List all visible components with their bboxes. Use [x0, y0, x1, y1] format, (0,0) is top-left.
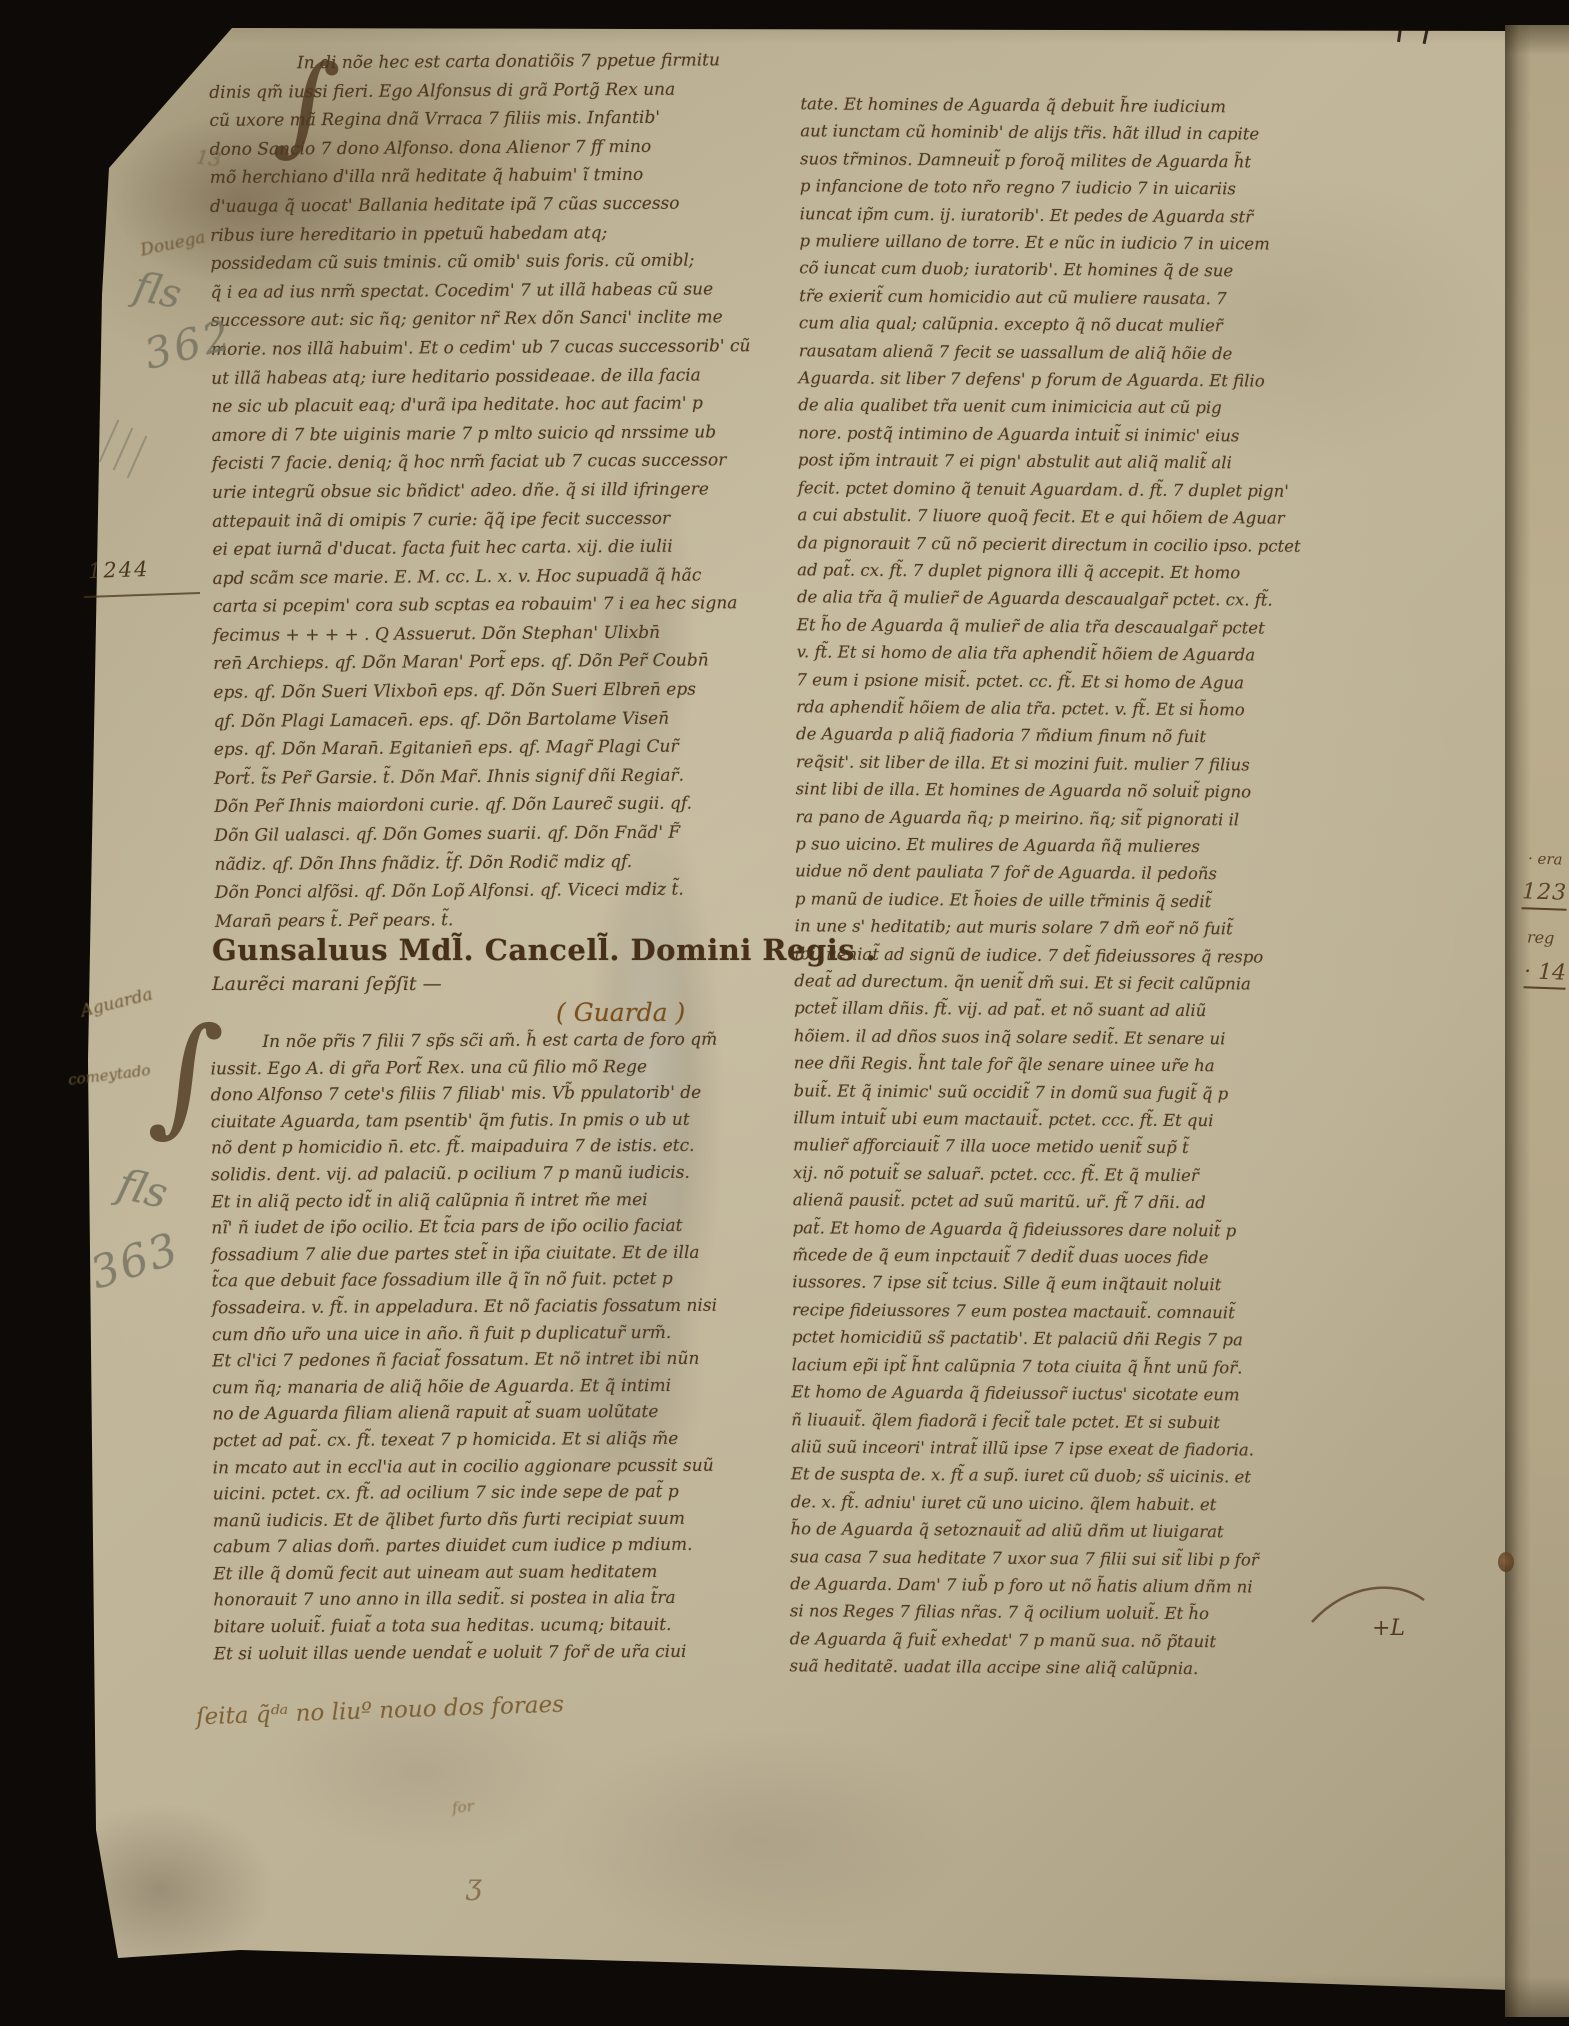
manuscript-line: qf. Dõn Plagi Lamacen̄. eps. qf. Dõn Bar…: [214, 704, 754, 736]
manuscript-line: possidedam cũ suis tminis. cũ omib' suis…: [210, 246, 750, 278]
manuscript-line: Et cl'ici 7 pedones ñ faciat̃ fossatum. …: [212, 1346, 719, 1375]
manuscript-line: post ip̃m intrauit 7 ei pign' abstulit a…: [798, 447, 1301, 478]
chancellor-line: Gunsaluus Mdl̃. Cancell̃. Domini Regis .: [212, 933, 876, 967]
right-column: tate. Et homines de Aguarda q̃ debuit h̃…: [789, 90, 1303, 1683]
faint-word-for: for: [451, 1797, 475, 1817]
manuscript-line: eps. qf. Dõn Sueri Vlixbon̄ eps. qf. Dõn…: [213, 675, 753, 707]
manuscript-line: ad pat̃. cx. ft̃. 7 duplet pignora illi …: [797, 556, 1300, 587]
manuscript-line: Et homo de Aguarda q̃ fideiussor̃ iuctus…: [791, 1378, 1294, 1409]
manuscript-line: iussores. 7 ipse sit̃ tcius. Sille q̃ eu…: [792, 1269, 1295, 1300]
rubric-guarda: ( Guarda ): [556, 998, 685, 1027]
manuscript-line: nãdiz. qf. Dõn Ihns fnãdiz. t̃f. Dõn Rod…: [215, 847, 755, 879]
manuscript-line: rausatam alienã 7 fecit se uassallum de …: [799, 337, 1302, 368]
manuscript-line: uicini. pctet. cx. ft̃. ad ocilium 7 sic…: [213, 1479, 720, 1508]
manuscript-line: amore di 7 bte uiginis marie 7 p mlto su…: [212, 418, 752, 450]
manuscript-line: suã heditatẽ. uadat illa accipe sine ali…: [789, 1652, 1292, 1683]
manuscript-line: sua casa 7 sua heditate 7 uxor sua 7 fil…: [790, 1543, 1293, 1574]
manuscript-line: buit̃. Et q̃ inimic' suũ occidit̃ 7 in d…: [793, 1077, 1296, 1108]
manuscript-line: attepauit inã di omipis 7 curie: q̃q̃ ip…: [212, 504, 752, 536]
manuscript-line: iuncat ip̃m cum. ij. iuratorib'. Et pede…: [800, 200, 1303, 231]
manuscript-line: dono Sancio 7 dono Alfonso. dona Alienor…: [210, 132, 750, 164]
manuscript-line: manũ iudicis. Et de q̃libet furto dñs fu…: [213, 1505, 720, 1534]
manuscript-line: Dõn Ponci alfõsi. qf. Dõn Lop̃ Alfonsi. …: [215, 875, 755, 907]
manuscript-line: ciuitate Aguarda, tam psentib' q̃m futis…: [211, 1106, 718, 1135]
manuscript-line: urie integrũ obsue sic bñdict' adeo. dñe…: [212, 475, 752, 507]
manuscript-line: Dõn Gil ualasci. qf. Dõn Gomes suarii. q…: [214, 818, 754, 850]
manuscript-line: nĩ' ñ iudet de ip̃o ocilio. Et t̃cia par…: [211, 1213, 718, 1242]
manuscript-line: In nõe pr̃is 7 filii 7 sp̃s sc̃i am̃. h̃…: [210, 1027, 717, 1056]
scribe-line: Laurẽci marani ſep̃ſit —: [212, 973, 876, 995]
manuscript-line: de Aguarda. Dam' 7 iub̃ p foro ut nõ h̃a…: [790, 1570, 1293, 1601]
margin-note-13: 13: [194, 144, 223, 171]
manuscript-line: illum intuit̃ ubi eum mactauit̃. pctet. …: [793, 1104, 1296, 1135]
left-column-charter1: In di nõe hec est carta donatiõis 7 ppet…: [209, 46, 755, 936]
manuscript-line: fossadeira. v. ft̃. in appeladura. Et nõ…: [212, 1293, 719, 1322]
manuscript-line: cũ uxore mã Regina dnã Vrraca 7 filiis m…: [209, 103, 749, 135]
manuscript-line: apd scãm sce marie. E. M. cc. L. x. v. H…: [213, 561, 753, 593]
manuscript-line: hõiem. il ad dños suos inq̃ solare sedit…: [794, 1022, 1297, 1053]
manuscript-line: ei epat iurnã d'ducat. facta fuit hec ca…: [212, 532, 752, 564]
manuscript-line: rda aphendit̃ hõiem de alia tr̃a. pctet.…: [796, 693, 1299, 724]
manuscript-line: solidis. dent. vij. ad palaciũ. p ociliu…: [211, 1160, 718, 1189]
manuscript-line: cabum 7 alias dom̃. partes diuidet cum i…: [213, 1532, 720, 1561]
manuscript-line: no de Aguarda filiam alienã rapuit at̃ s…: [212, 1399, 719, 1428]
pencil-foliation-fls: fls: [130, 264, 186, 319]
manuscript-line: Et in aliq̃ pecto idt̃ in aliq̃ calũpnia…: [211, 1186, 718, 1215]
manuscript-line: Port̃. t̃s Per̃ Garsie. t̃. Dõn Mar̃. Ih…: [214, 761, 754, 793]
manuscript-line: ne sic ub placuit eaq; d'urã ipa heditat…: [211, 389, 751, 421]
manuscript-line: p infancione de toto nr̃o regno 7 iudici…: [800, 172, 1303, 203]
manuscript-line: suos tr̃minos. Damneuit̃ p foroq̃ milite…: [800, 145, 1303, 176]
manuscript-line: Aguarda. sit liber 7 defens' p forum de …: [798, 364, 1301, 395]
manuscript-line: cum dño ur̃o una uice in año. ñ fuit p d…: [212, 1319, 719, 1348]
manuscript-line: req̃sit'. sit liber de illa. Et si mozin…: [796, 748, 1299, 779]
manuscript-line: pat̃. Et homo de Aguarda q̃ fideiussores…: [793, 1214, 1296, 1245]
manuscript-line: nee dñi Regis. h̃nt tale for̃ q̃le senar…: [794, 1049, 1297, 1080]
manuscript-line: sint libi de illa. Et homines de Aguarda…: [796, 775, 1299, 806]
manuscript-line: ra pano de Aguarda ñq; p meirino. ñq; si…: [795, 803, 1298, 834]
manuscript-line: m̃cede de q̃ eum inpctauit̃ 7 dedit̃ dua…: [792, 1241, 1295, 1272]
manuscript-line: Et si uoluit illas uende uendat̃ e uolui…: [214, 1638, 721, 1667]
manuscript-line: mõ herchiano d'illa nrã heditate q̃ habu…: [210, 160, 750, 192]
adjacent-page-edge: [1505, 25, 1569, 2017]
manuscript-line: p manũ de iudice. Et h̃oies de uille tr̃…: [795, 885, 1298, 916]
manuscript-line: Et de suspta de. x. ft̃ a sup̃. iuret cũ…: [791, 1461, 1294, 1492]
manuscript-line: in une s' heditatib; aut muris solare 7 …: [795, 912, 1298, 943]
manuscript-line: mulier̃ afforciauit̃ 7 illa uoce metido …: [793, 1132, 1296, 1163]
manuscript-line: fecit. pctet domino q̃ tenuit Aguardam. …: [798, 474, 1301, 505]
manuscript-line: ñ liuauit̃. q̃lem fiadorã i fecit̃ tale …: [791, 1406, 1294, 1437]
manuscript-line: fecisti 7 facie. deniq; q̃ hoc nrm̃ faci…: [212, 446, 752, 478]
edge-note-123: 123: [1521, 879, 1567, 911]
margin-note-year-1244: 1244: [88, 557, 150, 583]
manuscript-line: p suo uicino. Et mulires de Aguarda ñq̃ …: [795, 830, 1298, 861]
manuscript-line: dinis qm̃ iussi fieri. Ego Alfonsus di g…: [209, 75, 749, 107]
manuscript-line: q̃ i ea ad ius nrm̃ spectat. Cocedim' 7 …: [211, 275, 751, 307]
edge-note-era: · era: [1528, 849, 1563, 868]
manuscript-line: cõ iuncat cum duob; iuratorib'. Et homin…: [799, 255, 1302, 286]
manuscript-line: ren̄ Archieps. qf. Dõn Maran' Port̃ eps.…: [213, 647, 753, 679]
manuscript-line: fecimus + + + + . Q Assuerut. Dõn Stepha…: [213, 618, 753, 650]
manuscript-line: aliũ suũ inceori' intrat̃ illũ ipse 7 ip…: [791, 1433, 1294, 1464]
manuscript-line: recipe fideiussores 7 eum postea mactaui…: [792, 1296, 1295, 1327]
manuscript-line: pctet ad pat̃. cx. ft̃. texeat 7 p homic…: [212, 1426, 719, 1455]
manuscript-line: pctet homicidiũ ss̃ pactatib'. Et palaci…: [792, 1324, 1295, 1355]
manuscript-line: de Aguarda q̃ fuit̃ exhedat' 7 p manũ su…: [790, 1625, 1293, 1656]
manuscript-line: lacium ep̃i ipt̃ h̃nt calũpnia 7 tota ci…: [792, 1351, 1295, 1382]
manuscript-line: de. x. ft̃. adniu' iuret cũ uno uicino. …: [791, 1488, 1294, 1519]
manuscript-line: eps. qf. Dõn Maran̄. Egitanien̄ eps. qf.…: [214, 732, 754, 764]
manuscript-line: uidue nõ dent pauliata 7 for̃ de Aguarda…: [795, 858, 1298, 889]
manuscript-line: ut illã habeas atq; iure heditario possi…: [211, 361, 751, 393]
manuscript-line: nore. postq̃ intimino de Aguarda intuit̃…: [798, 419, 1301, 450]
manuscript-line: ribus iure hereditario in ppetuũ habedam…: [210, 218, 750, 250]
edge-note-reg: reg: [1527, 928, 1555, 948]
manuscript-line: Dõn Per̃ Ihnis maiordoni curie. qf. Dõn …: [214, 790, 754, 822]
manuscript-line: t̃ca que debuit face fossadium ille q̃ ĩ…: [212, 1266, 719, 1295]
manuscript-line: Maran̄ pears t̃. Per̃ pears. t̃.: [215, 904, 755, 936]
margin-cross-mark: +L: [1372, 1616, 1405, 1641]
manuscript-line: h̃o de Aguarda q̃ setoznauit̃ ad aliũ dñ…: [790, 1515, 1293, 1546]
manuscript-line: tate. Et homines de Aguarda q̃ debuit h̃…: [800, 90, 1303, 121]
manuscript-line: cum alia qual; calũpnia. excepto q̃ nõ d…: [799, 310, 1302, 341]
manuscript-line: successore aut: sic ñq; genitor nr̃ Rex …: [211, 303, 751, 335]
manuscript-line: de alia qualibet tr̃a uenit cum inimicic…: [798, 392, 1301, 423]
manuscript-line: cum ñq; manaria de aliq̃ hõie de Aguarda…: [212, 1372, 719, 1401]
manuscript-line: d'uauga q̃ uocat' Ballania heditate ipã …: [210, 189, 750, 221]
manuscript-line: de Aguarda p aliq̃ fiadoria 7 m̃dium fin…: [796, 721, 1299, 752]
manuscript-line: aut iunctam cũ hominib' de alijs tr̃is. …: [800, 118, 1303, 149]
manuscript-line: pctet̃ illam dñis. ft̃. vij. ad pat̃. et…: [794, 995, 1297, 1026]
manuscript-line: 7 eum i psione misit̃. pctet. cc. ft̃. E…: [796, 666, 1299, 697]
margin-flourish-curve: [1306, 1576, 1436, 1636]
manuscript-line: ibi. ueniat̃ ad signũ de iudice. 7 det̃ …: [794, 940, 1297, 971]
manuscript-line: Et h̃o de Aguarda q̃ mulier̃ de alia tr̃…: [797, 611, 1300, 642]
manuscript-line: da pignorauit 7 cũ nõ pecierit directum …: [797, 529, 1300, 560]
manuscript-line: alienã pausit̃. pctet ad suũ maritũ. ur̃…: [793, 1186, 1296, 1217]
manuscript-line: a cui abstulit. 7 liuore quoq̃ fecit. Et…: [797, 501, 1300, 532]
manuscript-line: de alia tr̃a q̃ mulier̃ de Aguarda desca…: [797, 584, 1300, 615]
manuscript-line: v. ft̃. Et si homo de alia tr̃a aphendit…: [797, 638, 1300, 669]
edge-note-14: · 14: [1524, 959, 1567, 989]
manuscript-photo: { "photo": { "background_color": "#0d0a0…: [0, 0, 1569, 2026]
manuscript-line: deat̃ ad durectum. q̃n uenit̃ dm̃ sui. E…: [794, 967, 1297, 998]
manuscript-line: si nos Reges 7 filias nr̃as. 7 q̃ ociliu…: [790, 1598, 1293, 1629]
manuscript-line: xij. nõ potuit̃ se saluar̃. pctet. ccc. …: [793, 1159, 1296, 1190]
manuscript-line: honorauit 7 uno anno in illa sedit̃. si …: [213, 1585, 720, 1614]
manuscript-line: nõ dent p homicidio n̄. etc. ft̃. maipad…: [211, 1133, 718, 1162]
manuscript-line: dono Alfonso 7 cete's filiis 7 filiab' m…: [211, 1080, 718, 1109]
manuscript-line: iussit. Ego A. di gr̃a Port̃ Rex. una cũ…: [210, 1053, 717, 1082]
manuscript-line: Et ille q̃ domũ fecit aut uineam aut sua…: [213, 1559, 720, 1588]
binding-knot: [1498, 1552, 1514, 1572]
left-column-charter2: In nõe pr̃is 7 filii 7 sp̃s sc̃i am̃. h̃…: [210, 1027, 720, 1668]
manuscript-line: in mcato aut in eccl'ia aut in cocilio a…: [213, 1452, 720, 1481]
faint-flourish: ʒ: [466, 1868, 482, 1901]
manuscript-line: fossadium 7 alie due partes stet̃ in ip̃…: [211, 1239, 718, 1268]
chancery-heading-block: Gunsaluus Mdl̃. Cancell̃. Domini Regis .…: [212, 933, 876, 995]
manuscript-line: bitare uoluit̃. fuiat̃ a tota sua hedita…: [213, 1612, 720, 1641]
manuscript-line: carta si pcepim' cora sub scptas ea roba…: [213, 589, 753, 621]
manuscript-line: In di nõe hec est carta donatiõis 7 ppet…: [209, 46, 749, 78]
manuscript-line: morie. nos illã habuim'. Et o cedim' ub …: [211, 332, 751, 364]
manuscript-line: p muliere uillano de torre. Et e nũc in …: [799, 227, 1302, 258]
manuscript-line: tr̃e exierit̃ cum homicidio aut cũ mulie…: [799, 282, 1302, 313]
